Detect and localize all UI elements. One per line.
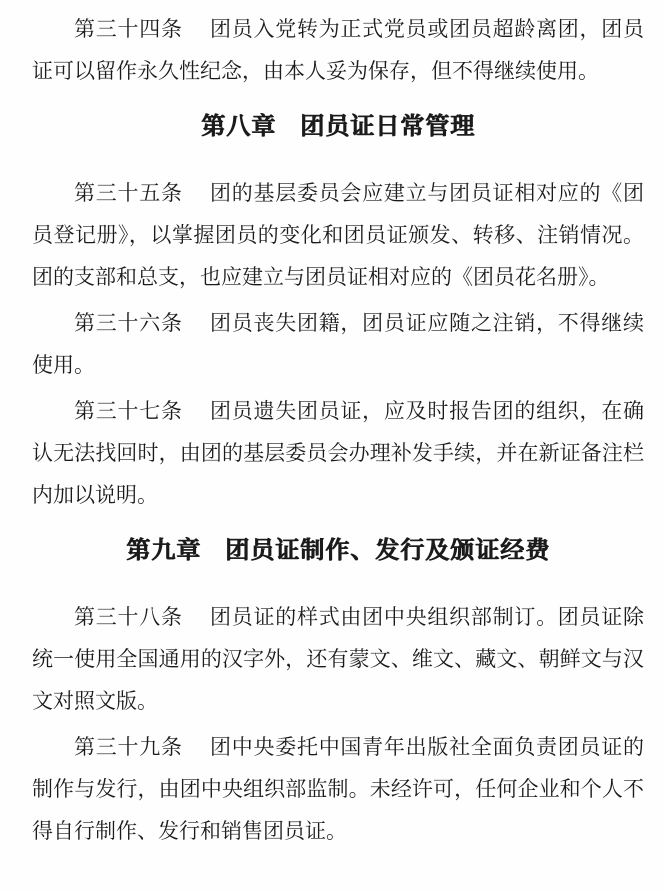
article-39-number: 第三十九条 — [74, 735, 183, 759]
chapter-9-heading: 第九章团员证制作、发行及颁证经费 — [32, 530, 644, 572]
article-37-number: 第三十七条 — [74, 399, 183, 423]
article-34-paragraph: 第三十四条团员入党转为正式党员或团员超龄离团，团员证可以留作永久性纪念，由本人妥… — [32, 8, 644, 92]
article-36-number: 第三十六条 — [74, 311, 183, 335]
chapter-8-number: 第八章 — [201, 114, 276, 140]
chapter-9-title: 团员证制作、发行及颁证经费 — [225, 538, 550, 564]
article-34-number: 第三十四条 — [74, 17, 183, 41]
chapter-9-number: 第九章 — [126, 538, 201, 564]
article-38-paragraph: 第三十八条团员证的样式由团中央组织部制订。团员证除统一使用全国通用的汉字外，还有… — [32, 596, 644, 722]
article-37-paragraph: 第三十七条团员遗失团员证，应及时报告团的组织，在确认无法找回时，由团的基层委员会… — [32, 390, 644, 516]
chapter-8-title: 团员证日常管理 — [300, 114, 475, 140]
chapter-8-heading: 第八章团员证日常管理 — [32, 106, 644, 148]
article-36-paragraph: 第三十六条团员丧失团籍，团员证应随之注销，不得继续使用。 — [32, 302, 644, 386]
article-35-paragraph: 第三十五条团的基层委员会应建立与团员证相对应的《团员登记册》，以掌握团员的变化和… — [32, 172, 644, 298]
article-35-number: 第三十五条 — [74, 181, 183, 205]
document-page: 第三十四条团员入党转为正式党员或团员超龄离团，团员证可以留作永久性纪念，由本人妥… — [0, 0, 664, 891]
article-38-number: 第三十八条 — [74, 605, 183, 629]
article-39-paragraph: 第三十九条团中央委托中国青年出版社全面负责团员证的制作与发行，由团中央组织部监制… — [32, 726, 644, 852]
